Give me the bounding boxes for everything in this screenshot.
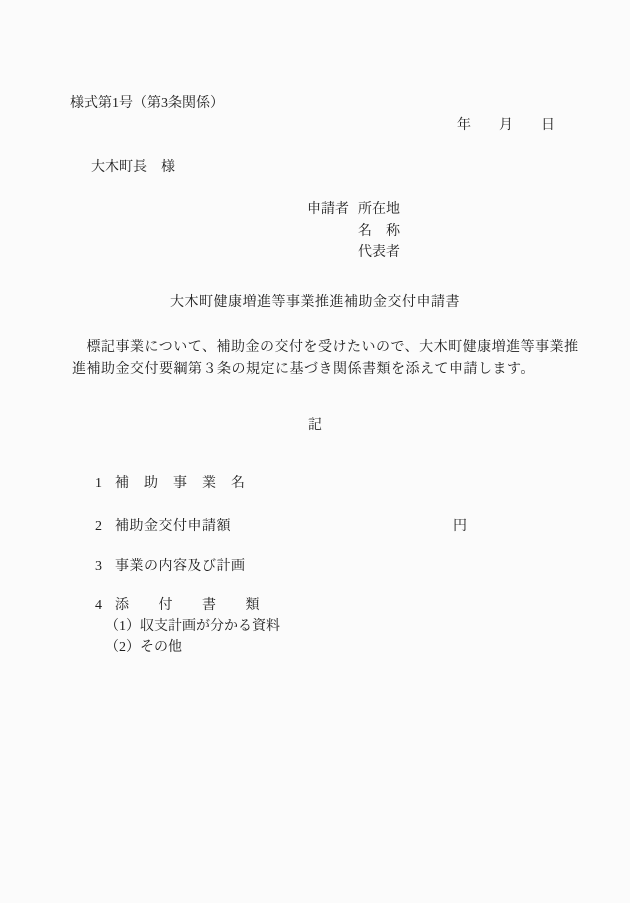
applicant-fields: 所在地 名 称 代表者 — [358, 199, 400, 264]
applicant-block: 申請者 所在地 名 称 代表者 — [307, 199, 400, 264]
form-number: 様式第1号（第3条関係） — [70, 96, 224, 112]
section-marker: 記 — [0, 418, 630, 434]
applicant-field-representative: 代表者 — [358, 242, 400, 264]
list-item-4: 4添 付 書 類 — [95, 598, 260, 614]
body-line-1: 標記事業について、補助金の交付を受けたいので、大木町健康増進等事業推 — [72, 337, 579, 359]
item-4-number: 4 — [95, 598, 115, 614]
item-2-number: 2 — [95, 519, 115, 535]
item-1-number: 1 — [95, 476, 115, 492]
document-page: 様式第1号（第3条関係） 年 月 日 大木町長 様 申請者 所在地 名 称 代表… — [0, 0, 630, 903]
list-item-2: 2補助金交付申請額 円 — [95, 519, 231, 535]
date-line: 年 月 日 — [457, 118, 555, 134]
document-title: 大木町健康増進等事業推進補助金交付申請書 — [0, 295, 630, 311]
item-1-label: 補 助 事 業 名 — [115, 476, 246, 491]
item-3-label: 事業の内容及び計画 — [115, 559, 246, 574]
item-4-label: 添 付 書 類 — [115, 598, 260, 613]
applicant-label: 申請者 — [307, 199, 349, 264]
sub-item-2: （2）その他 — [105, 640, 182, 656]
item-2-label: 補助金交付申請額 — [115, 519, 231, 534]
sub-item-1: （1）収支計画が分かる資料 — [105, 619, 280, 635]
body-line-2: 進補助金交付要綱第３条の規定に基づき関係書類を添えて申請します。 — [72, 359, 579, 381]
applicant-field-address: 所在地 — [358, 199, 400, 221]
item-2-unit-yen: 円 — [453, 519, 468, 535]
body-paragraph: 標記事業について、補助金の交付を受けたいので、大木町健康増進等事業推 進補助金交… — [72, 337, 579, 380]
list-item-3: 3事業の内容及び計画 — [95, 559, 246, 575]
applicant-field-name: 名 称 — [358, 221, 400, 243]
list-item-1: 1補 助 事 業 名 — [95, 476, 246, 492]
addressee: 大木町長 様 — [91, 160, 175, 176]
item-3-number: 3 — [95, 559, 115, 575]
